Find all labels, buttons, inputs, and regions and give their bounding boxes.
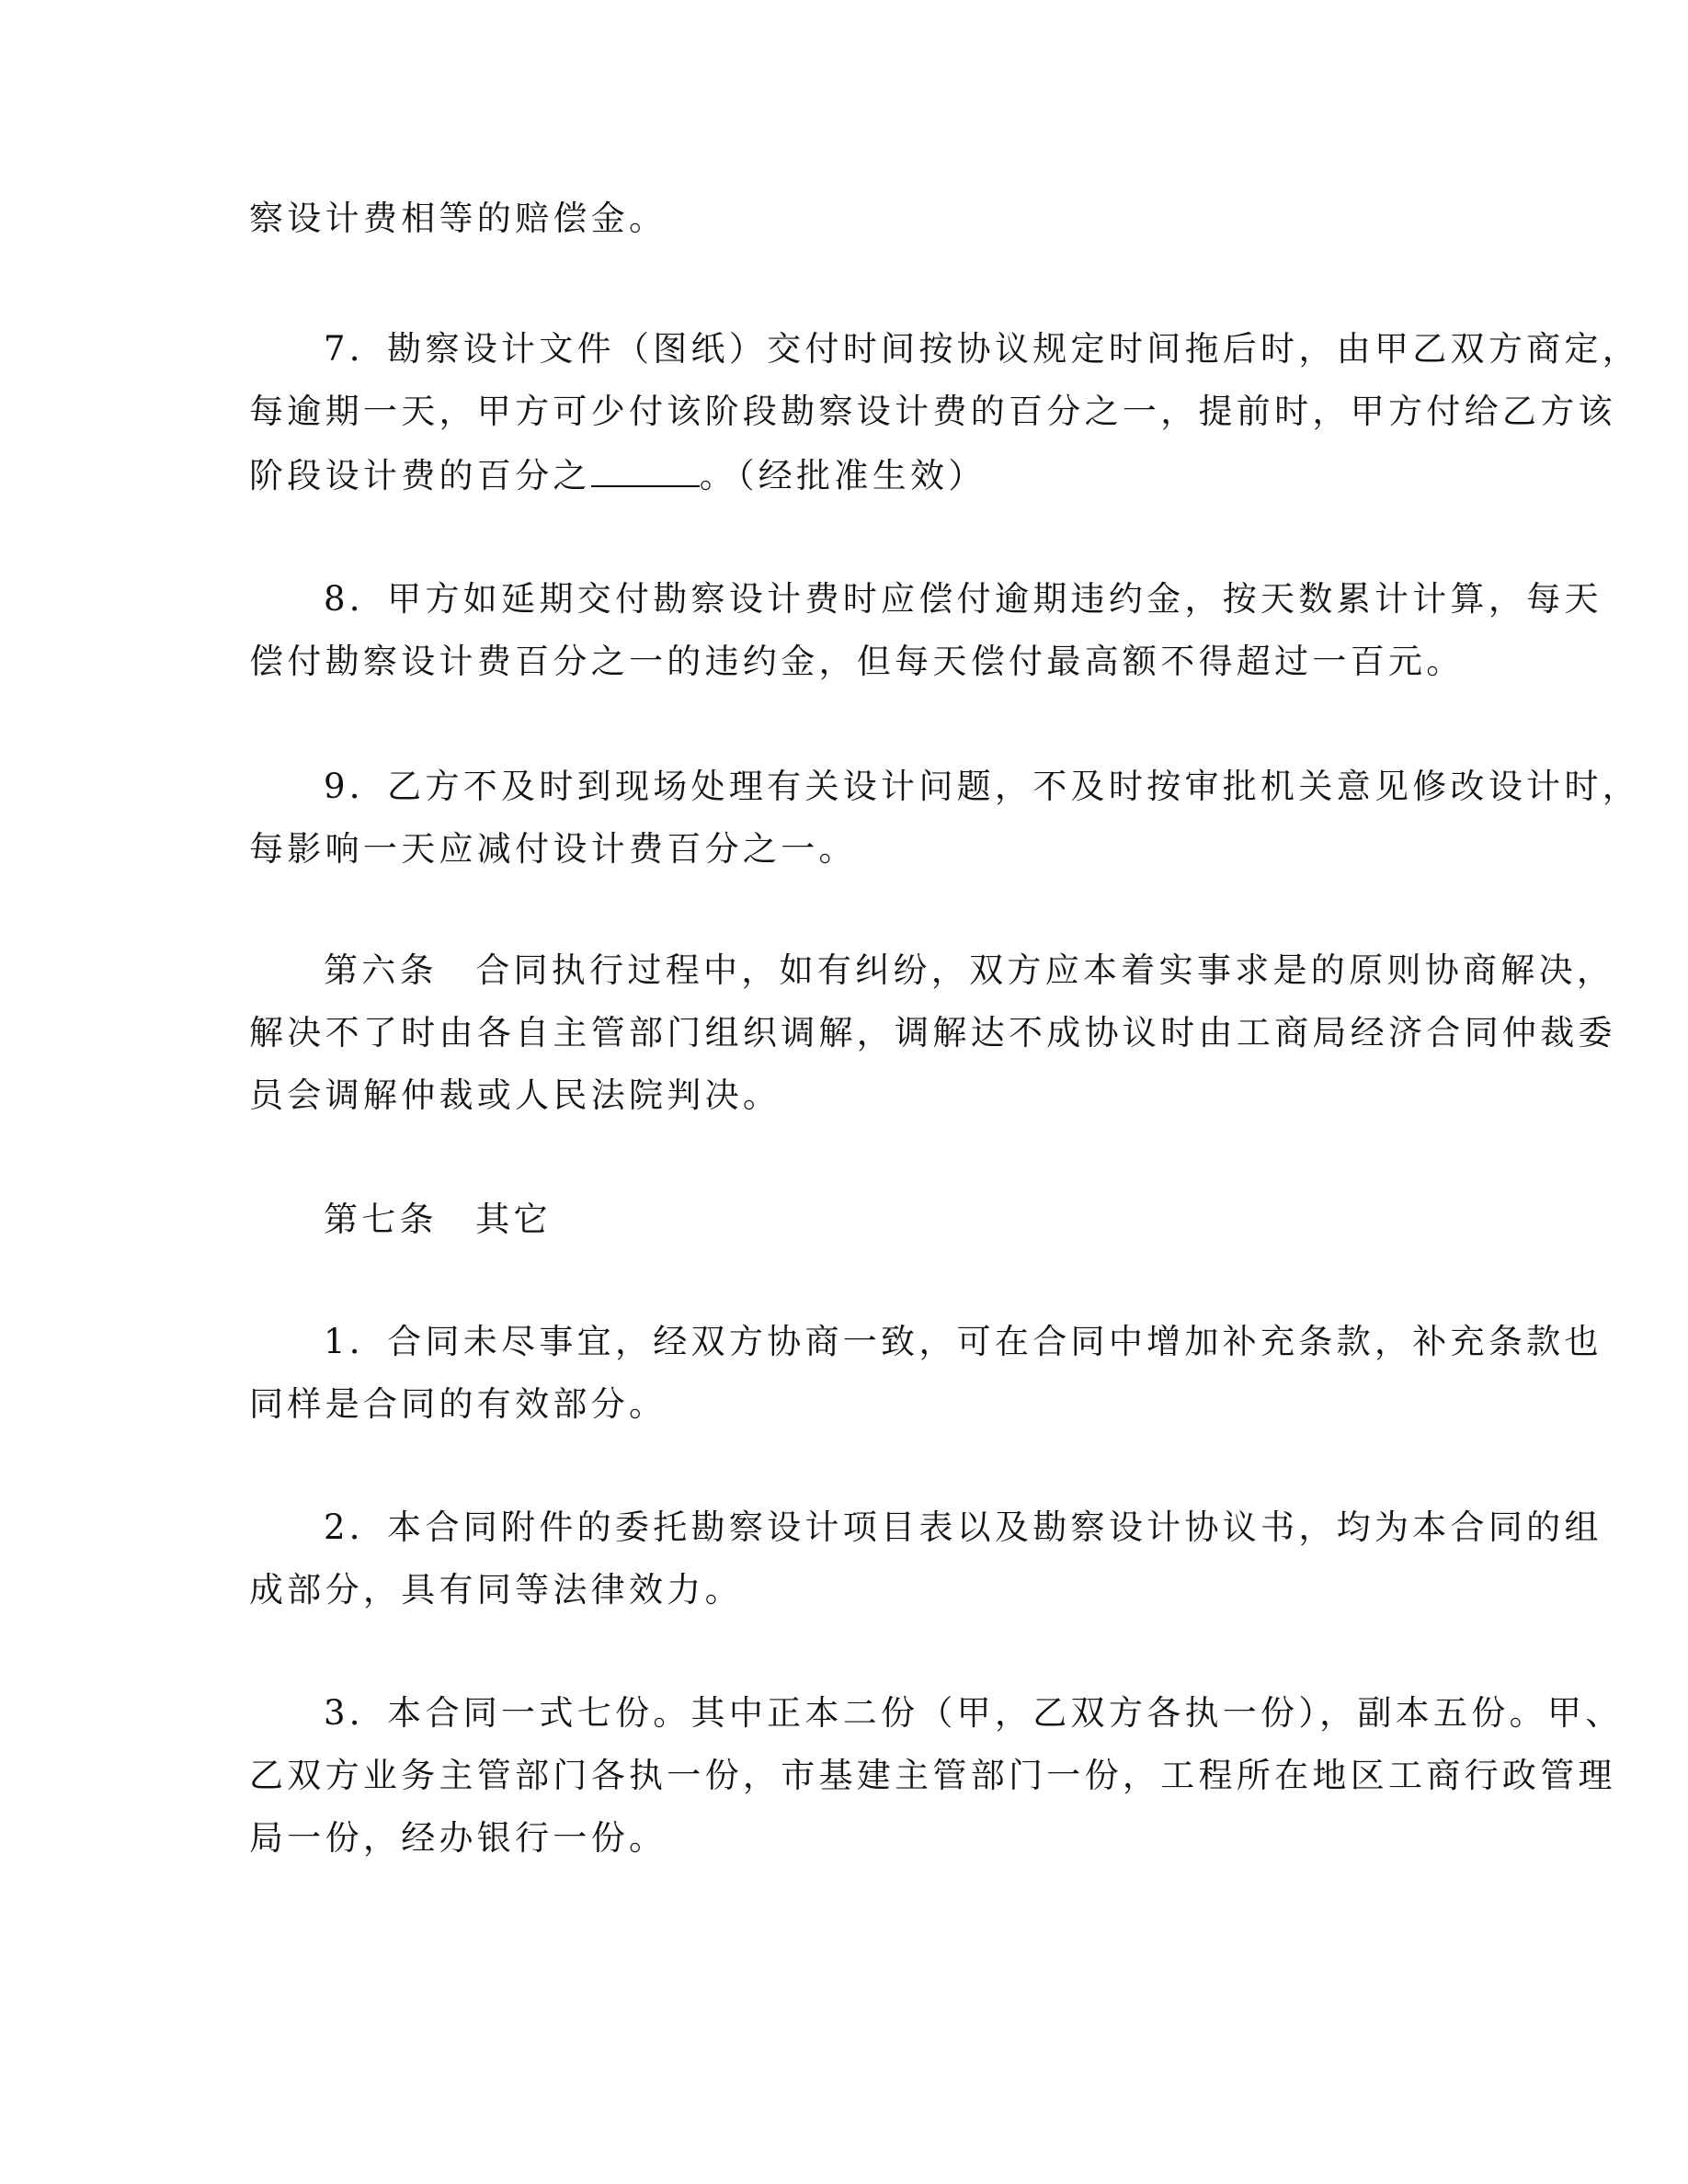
article-7-item-2-line-2: 成部分，具有同等法律效力。	[249, 1570, 1444, 1610]
text-after-blank: 。（经批准生效）	[700, 456, 987, 495]
article-7-item-3-line-2: 乙双方业务主管部门各执一份，市基建主管部门一份，工程所在地区工商行政管理	[249, 1756, 1444, 1796]
article-7-item-2-line-1: 2．本合同附件的委托勘察设计项目表以及勘察设计协议书，均为本合同的组	[324, 1507, 1519, 1548]
document-page: 察设计费相等的赔偿金。 7．勘察设计文件（图纸）交付时间按协议规定时间拖后时，由…	[0, 0, 1688, 2184]
article-7-item-1-line-1: 1．合同未尽事宜，经双方协商一致，可在合同中增加补充条款，补充条款也	[324, 1322, 1519, 1362]
clause-8-line-2: 偿付勘察设计费百分之一的违约金，但每天偿付最高额不得超过一百元。	[249, 642, 1444, 682]
fill-in-blank	[591, 458, 700, 487]
text-line: 察设计费相等的赔偿金。	[249, 199, 1444, 239]
article-6-line-1: 第六条 合同执行过程中，如有纠纷，双方应本着实事求是的原则协商解决，	[324, 950, 1519, 991]
article-7-item-3-line-1: 3．本合同一式七份。其中正本二份（甲，乙双方各执一份），副本五份。甲、	[324, 1693, 1519, 1734]
article-6-line-3: 员会调解仲裁或人民法院判决。	[249, 1075, 1444, 1116]
clause-7-line-3: 阶段设计费的百分之。（经批准生效）	[249, 456, 1444, 496]
article-6-line-2: 解决不了时由各自主管部门组织调解，调解达不成协议时由工商局经济合同仲裁委	[249, 1013, 1444, 1053]
clause-8-line-1: 8．甲方如延期交付勘察设计费时应偿付逾期违约金，按天数累计计算，每天	[324, 579, 1519, 620]
article-7-item-1-line-2: 同样是合同的有效部分。	[249, 1384, 1444, 1425]
clause-9-line-2: 每影响一天应减付设计费百分之一。	[249, 829, 1444, 870]
clause-7-line-2: 每逾期一天，甲方可少付该阶段勘察设计费的百分之一，提前时，甲方付给乙方该	[249, 392, 1444, 432]
clause-9-line-1: 9．乙方不及时到现场处理有关设计问题，不及时按审批机关意见修改设计时，	[324, 767, 1519, 807]
article-7-item-3-line-3: 局一份，经办银行一份。	[249, 1818, 1444, 1859]
text-before-blank: 阶段设计费的百分之	[249, 456, 591, 495]
article-7-heading: 第七条 其它	[324, 1200, 1519, 1240]
clause-7-line-1: 7．勘察设计文件（图纸）交付时间按协议规定时间拖后时，由甲乙双方商定，	[324, 329, 1519, 370]
